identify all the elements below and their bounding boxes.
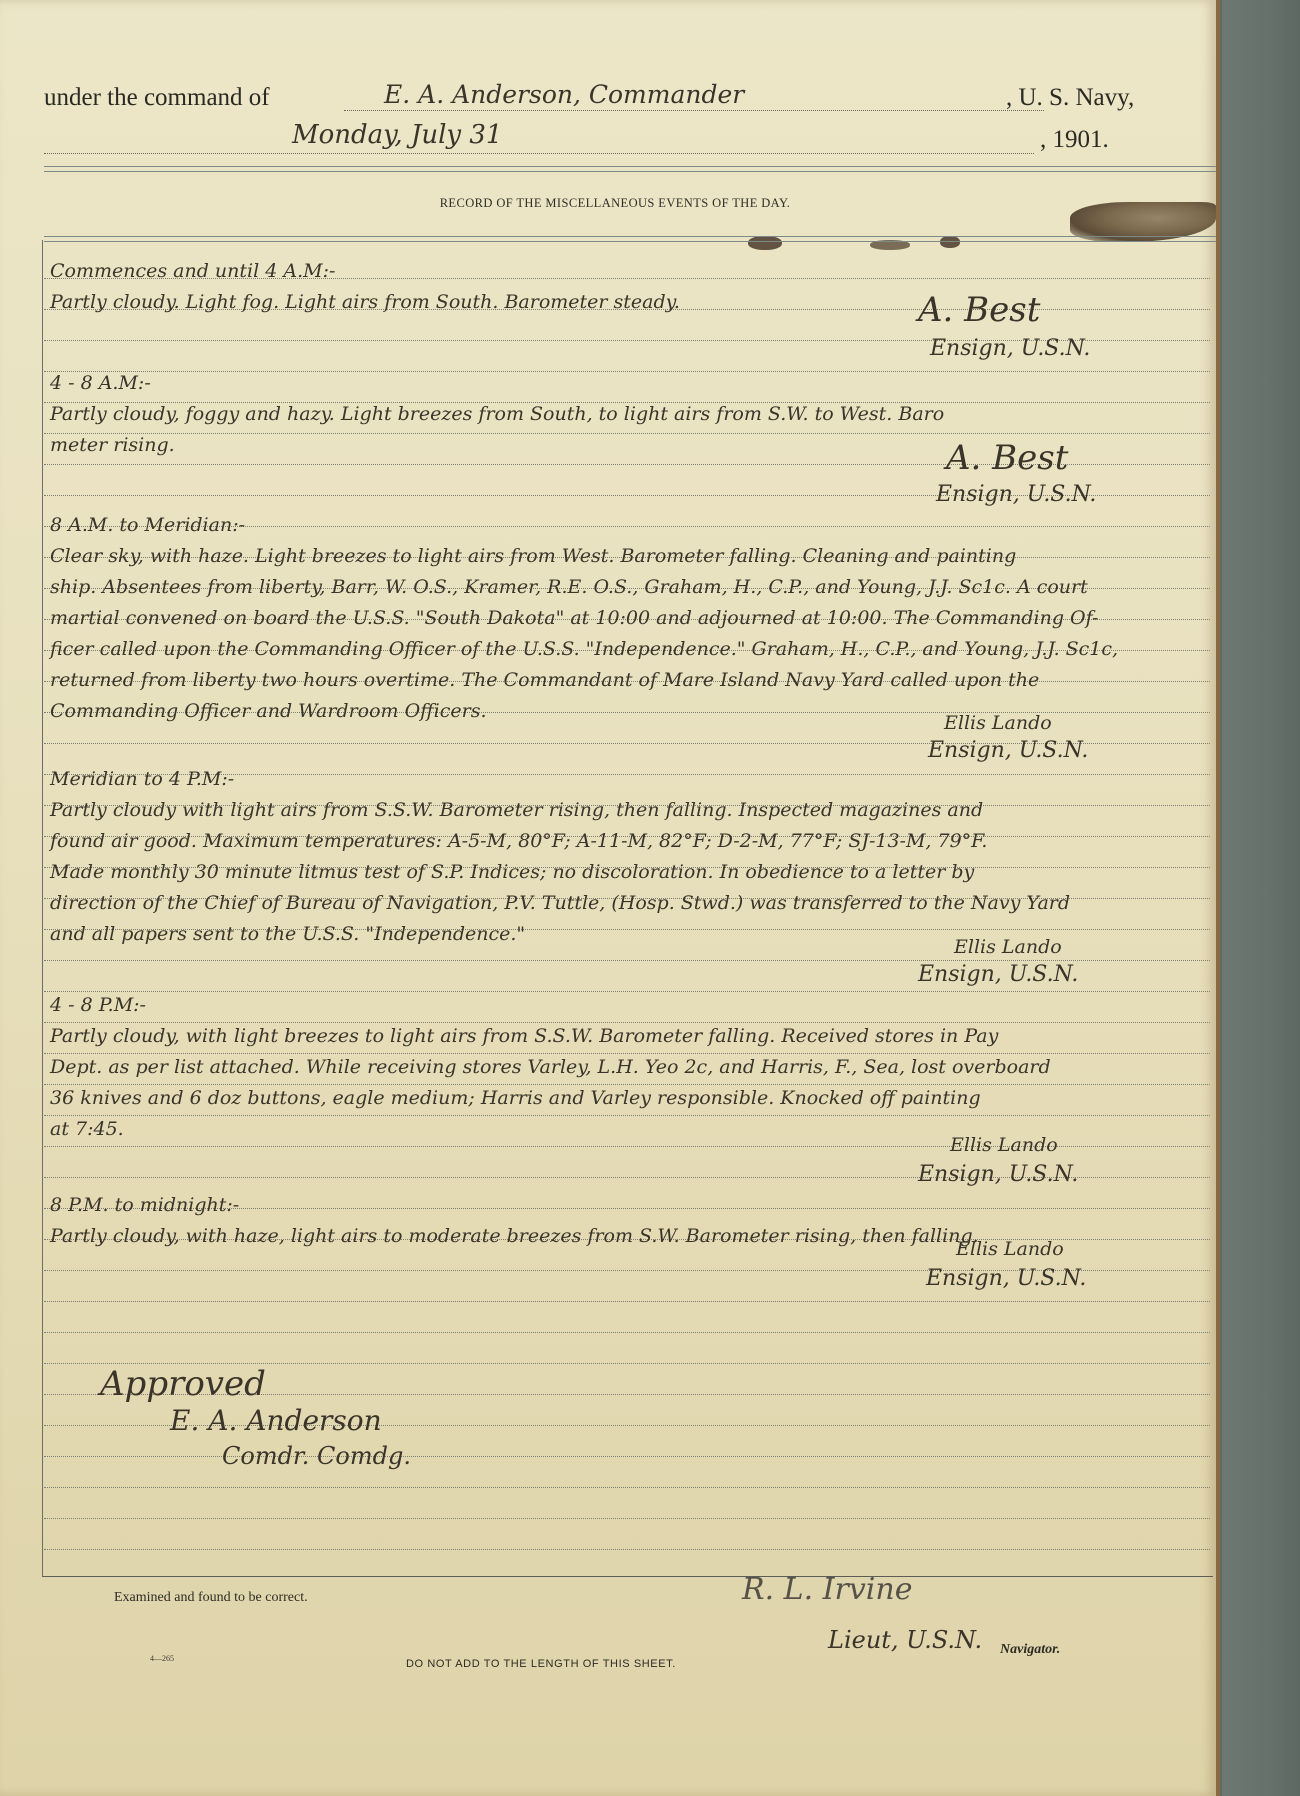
signature: Ellis Lando [956, 1238, 1064, 1260]
watch-period: 4 - 8 P.M:- [50, 990, 1200, 1021]
signature-rank: Ensign, U.S.N. [926, 1266, 1086, 1291]
ruled-line [44, 1487, 1210, 1488]
signature-rank: Ensign, U.S.N. [928, 738, 1088, 763]
approval-title: Comdr. Comdg. [222, 1442, 411, 1470]
watch-period: Commences and until 4 A.M:- [50, 256, 1200, 287]
navigator-rank: Lieut, U.S.N. [828, 1626, 982, 1654]
navigator-label: Navigator. [1000, 1642, 1060, 1658]
signature: Ellis Lando [944, 712, 1052, 734]
ruled-line [44, 960, 1210, 961]
examined-statement: Examined and found to be correct. [114, 1590, 308, 1606]
watch-period: Meridian to 4 P.M:- [50, 764, 1200, 795]
length-notice: DO NOT ADD TO THE LENGTH OF THIS SHEET. [406, 1658, 676, 1670]
section-title: RECORD OF THE MISCELLANEOUS EVENTS OF TH… [0, 196, 1230, 211]
watch-line: ship. Absentees from liberty, Barr, W. O… [50, 572, 1200, 603]
date-line: Monday, July 31 , 1901. [44, 120, 1144, 164]
watch-period: 8 A.M. to Meridian:- [50, 510, 1200, 541]
signature-rank: Ensign, U.S.N. [918, 1162, 1078, 1187]
watch-line: found air good. Maximum temperatures: A-… [50, 826, 1200, 857]
service-label: , U. S. Navy, [1006, 84, 1134, 112]
watch-line: Partly cloudy with light airs from S.S.W… [50, 795, 1200, 826]
ruled-line [44, 1456, 1210, 1457]
watch-line: Clear sky, with haze. Light breezes to l… [50, 541, 1200, 572]
signature: Ellis Lando [950, 1134, 1058, 1156]
signature: Ellis Lando [954, 936, 1062, 958]
command-line: under the command of E. A. Anderson, Com… [44, 80, 1144, 120]
header-divider [44, 166, 1216, 172]
binder-backing [1222, 0, 1300, 1796]
log-date: Monday, July 31 [44, 120, 1034, 154]
signature-rank: Ensign, U.S.N. [936, 482, 1096, 507]
signature: A. Best [946, 438, 1068, 478]
watch-line: returned from liberty two hours overtime… [50, 665, 1200, 696]
commander-name: E. A. Anderson, Commander [344, 80, 1044, 111]
signature: A. Best [918, 290, 1040, 330]
watch-line: Made monthly 30 minute litmus test of S.… [50, 857, 1200, 888]
approval-word: Approved [100, 1364, 266, 1404]
log-page: under the command of E. A. Anderson, Com… [0, 0, 1220, 1796]
watch-line: 36 knives and 6 doz buttons, eagle mediu… [50, 1083, 1200, 1114]
watch-line: Partly cloudy, with light breezes to lig… [50, 1021, 1200, 1052]
watch-line: Dept. as per list attached. While receiv… [50, 1052, 1200, 1083]
watch-period: 4 - 8 A.M:- [50, 368, 1200, 399]
ruled-line [44, 1518, 1210, 1519]
log-year: , 1901. [1040, 126, 1109, 154]
navigator-signature: R. L. Irvine [742, 1572, 912, 1607]
watch-line: direction of the Chief of Bureau of Navi… [50, 888, 1200, 919]
signature-rank: Ensign, U.S.N. [930, 336, 1090, 361]
watch-period: 8 P.M. to midnight:- [50, 1190, 1200, 1221]
command-label: under the command of [44, 84, 270, 112]
ruled-line [44, 1549, 1210, 1550]
ruled-line [44, 1332, 1210, 1333]
signature-rank: Ensign, U.S.N. [918, 962, 1078, 987]
watch-line: Partly cloudy, foggy and hazy. Light bre… [50, 399, 1200, 430]
watch-line: ficer called upon the Commanding Officer… [50, 634, 1200, 665]
form-number: 4—265 [150, 1654, 174, 1663]
approval-name: E. A. Anderson [170, 1404, 382, 1437]
ruled-line [44, 1301, 1210, 1302]
watch-line: martial convened on board the U.S.S. "So… [50, 603, 1200, 634]
